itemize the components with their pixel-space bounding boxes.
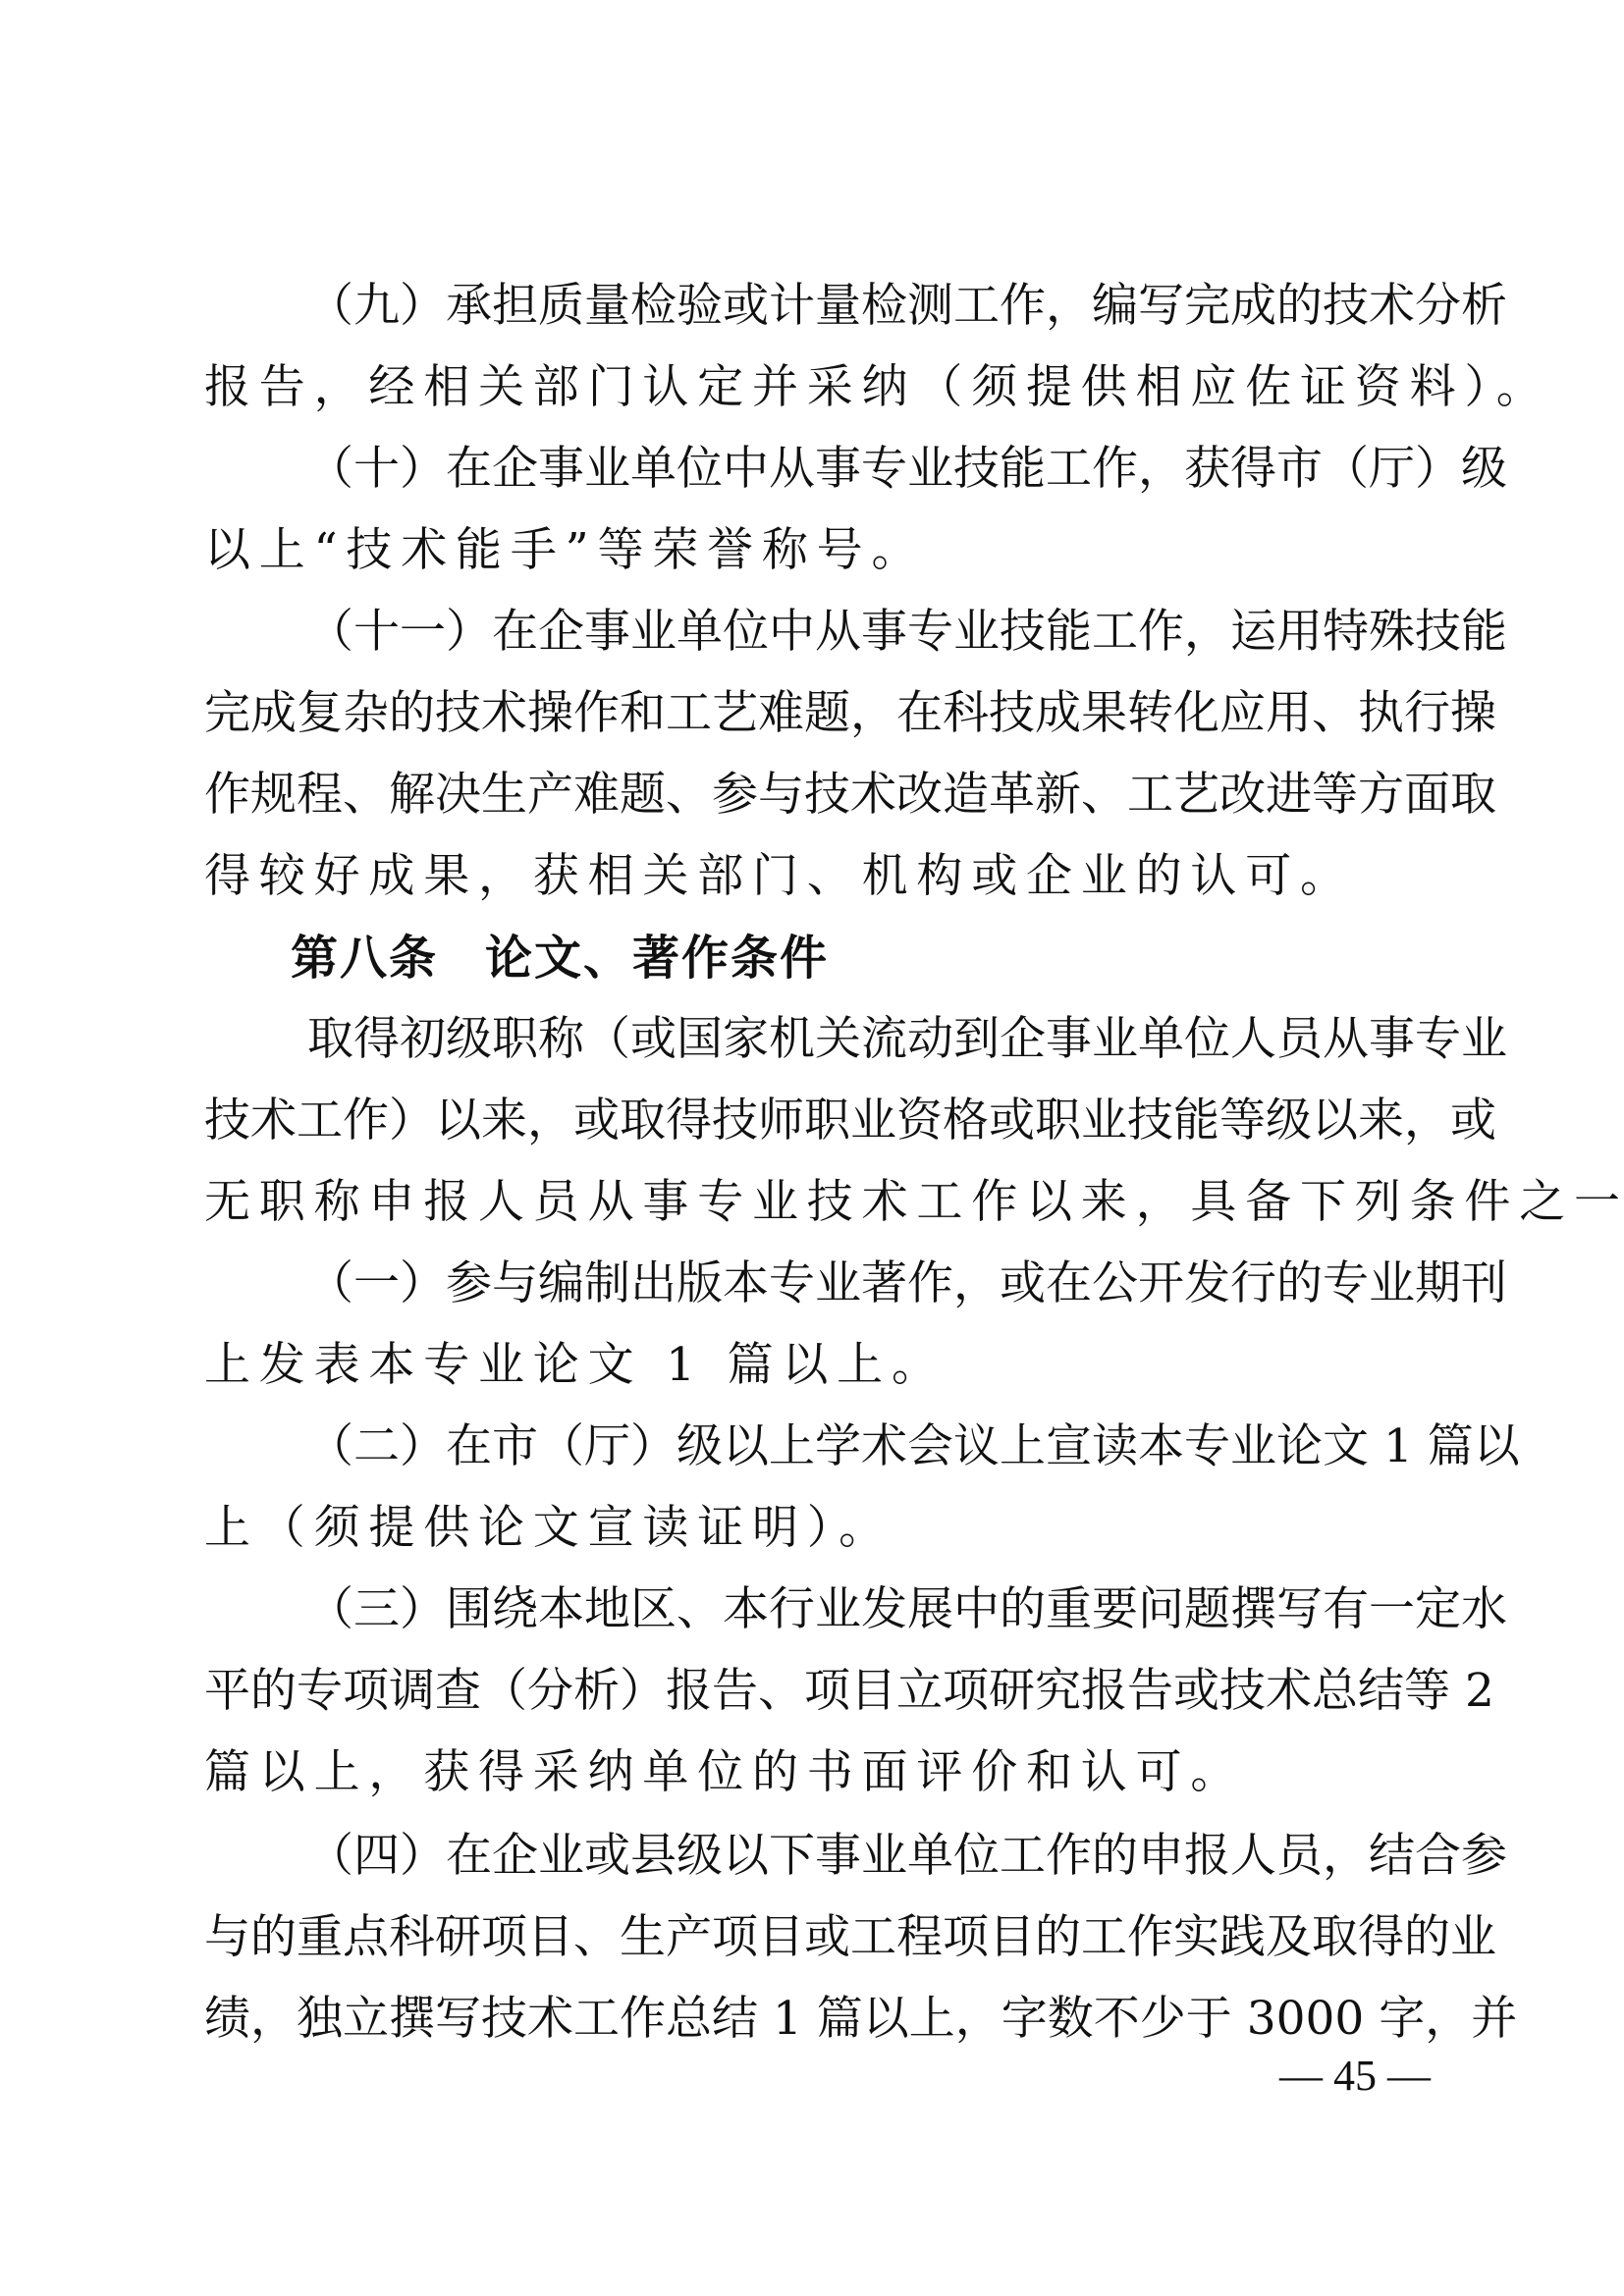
paragraph-item-10-line-1: （十）在企事业单位中从事专业技能工作，获得市（厅）级 <box>307 428 1424 510</box>
paragraph-item-11-line-3: 作规程、解决生产难题、参与技术改造革新、工艺改进等方面取 <box>204 754 1424 836</box>
article-title: 论文、著作条件 <box>485 931 829 986</box>
document-page: （九）承担质量检验或计量检测工作，编写完成的技术分析 报告，经相关部门认定并采纳… <box>0 0 1624 2296</box>
page-number: — 45 — <box>1267 2047 1443 2106</box>
condition-2-line-1: （二）在市（厅）级以上学术会议上宣读本专业论文 1 篇以 <box>307 1406 1424 1488</box>
condition-3-line-3: 篇以上，获得采纳单位的书面评价和认可。 <box>204 1732 1424 1814</box>
paragraph-item-10-line-2: 以上“技术能手”等荣誉称号。 <box>204 509 1424 592</box>
article-number: 第八条 <box>291 931 438 986</box>
article-intro-line-1: 取得初级职称（或国家机关流动到企事业单位人员从事专业 <box>307 998 1424 1081</box>
condition-4-line-3: 绩，独立撰写技术工作总结 1 篇以上，字数不少于 3000 字，并 <box>204 1978 1424 2060</box>
condition-3-line-1: （三）围绕本地区、本行业发展中的重要问题撰写有一定水 <box>307 1569 1424 1651</box>
condition-3-line-2: 平的专项调查（分析）报告、项目立项研究报告或技术总结等 2 <box>204 1650 1424 1733</box>
condition-4-line-2: 与的重点科研项目、生产项目或工程项目的工作实践及取得的业 <box>204 1896 1424 1979</box>
article-intro-line-3: 无职称申报人员从事专业技术工作以来，具备下列条件之一： <box>204 1161 1424 1244</box>
condition-1-line-2: 上发表本专业论文 1 篇以上。 <box>204 1324 1424 1407</box>
article-intro-line-2: 技术工作）以来，或取得技师职业资格或职业技能等级以来，或 <box>204 1080 1424 1162</box>
article-heading: 第八条论文、著作条件 <box>291 917 829 999</box>
paragraph-item-9-line-2: 报告，经相关部门认定并采纳（须提供相应佐证资料）。 <box>204 347 1424 429</box>
paragraph-item-11-line-4: 得较好成果，获相关部门、机构或企业的认可。 <box>204 835 1424 918</box>
paragraph-item-9-line-1: （九）承担质量检验或计量检测工作，编写完成的技术分析 <box>307 265 1424 347</box>
condition-2-line-2: 上（须提供论文宣读证明）。 <box>204 1487 1424 1570</box>
paragraph-item-11-line-2: 完成复杂的技术操作和工艺难题，在科技成果转化应用、执行操 <box>204 672 1424 755</box>
paragraph-item-11-line-1: （十一）在企事业单位中从事专业技能工作，运用特殊技能 <box>307 591 1424 673</box>
condition-1-line-1: （一）参与编制出版本专业著作，或在公开发行的专业期刊 <box>307 1243 1424 1325</box>
condition-4-line-1: （四）在企业或县级以下事业单位工作的申报人员，结合参 <box>307 1815 1424 1897</box>
